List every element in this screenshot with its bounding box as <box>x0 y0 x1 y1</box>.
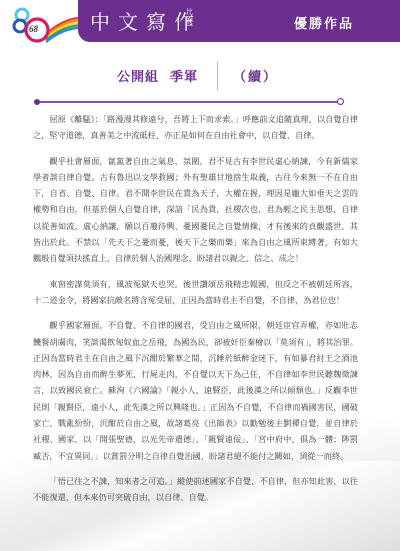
rule-dot-filled-icon <box>34 99 40 105</box>
paragraph: 觀乎社會層面，氤氳著自由之氣息、氛圍，君不見古有李世民虛心納諫，今有新儒家學者談… <box>33 153 358 267</box>
award-label: 季軍 <box>170 70 198 85</box>
section-label: 優勝作品 <box>294 13 354 32</box>
group-label: 公開組 <box>117 70 159 85</box>
competition-title-suffix: 比賽 <box>186 8 194 26</box>
paragraph: 屈原《離騷》：「路漫漫其修遠兮，吾將上下而求索。」呼應前文追隨真理，以自覺自律之… <box>33 111 358 144</box>
header-banner: 中文寫作 比賽 優勝作品 <box>78 0 400 42</box>
rule-line <box>37 101 338 103</box>
award-group: 公開組 季軍 <box>117 66 198 85</box>
paragraph: 觀乎國家層面，不自覺、不自律的國君，受自由之風所限，朝廷宦官弄權，亦如壯志饑餐胡… <box>33 317 358 464</box>
page-number: 68 <box>29 24 38 34</box>
article-body: 屈原《離騷》：「路漫漫其修遠兮，吾將上下而求索。」呼應前文追隨真理，以自覺自律之… <box>33 111 358 515</box>
continued-label: （續） <box>233 66 278 85</box>
rule-dot-hollow-icon <box>337 98 344 105</box>
paragraph: 東窗密謀莫須有，風波冤獄天也哭。後世讚頌岳飛精忠報國，但反之不被朝廷所容，十二道… <box>33 276 358 309</box>
page-header: 68 中文寫作 比賽 優勝作品 <box>0 0 400 44</box>
heading-rule <box>34 98 344 106</box>
rainbow-logo-icon <box>6 4 86 44</box>
heading-divider <box>217 62 218 90</box>
paragraph: 「悟已往之不諫，知來者之可追。」縱使前述國家不自覺、不自律，但亦知此害，以往不能… <box>33 473 358 506</box>
article-heading: 公開組 季軍 （續） <box>0 66 400 90</box>
